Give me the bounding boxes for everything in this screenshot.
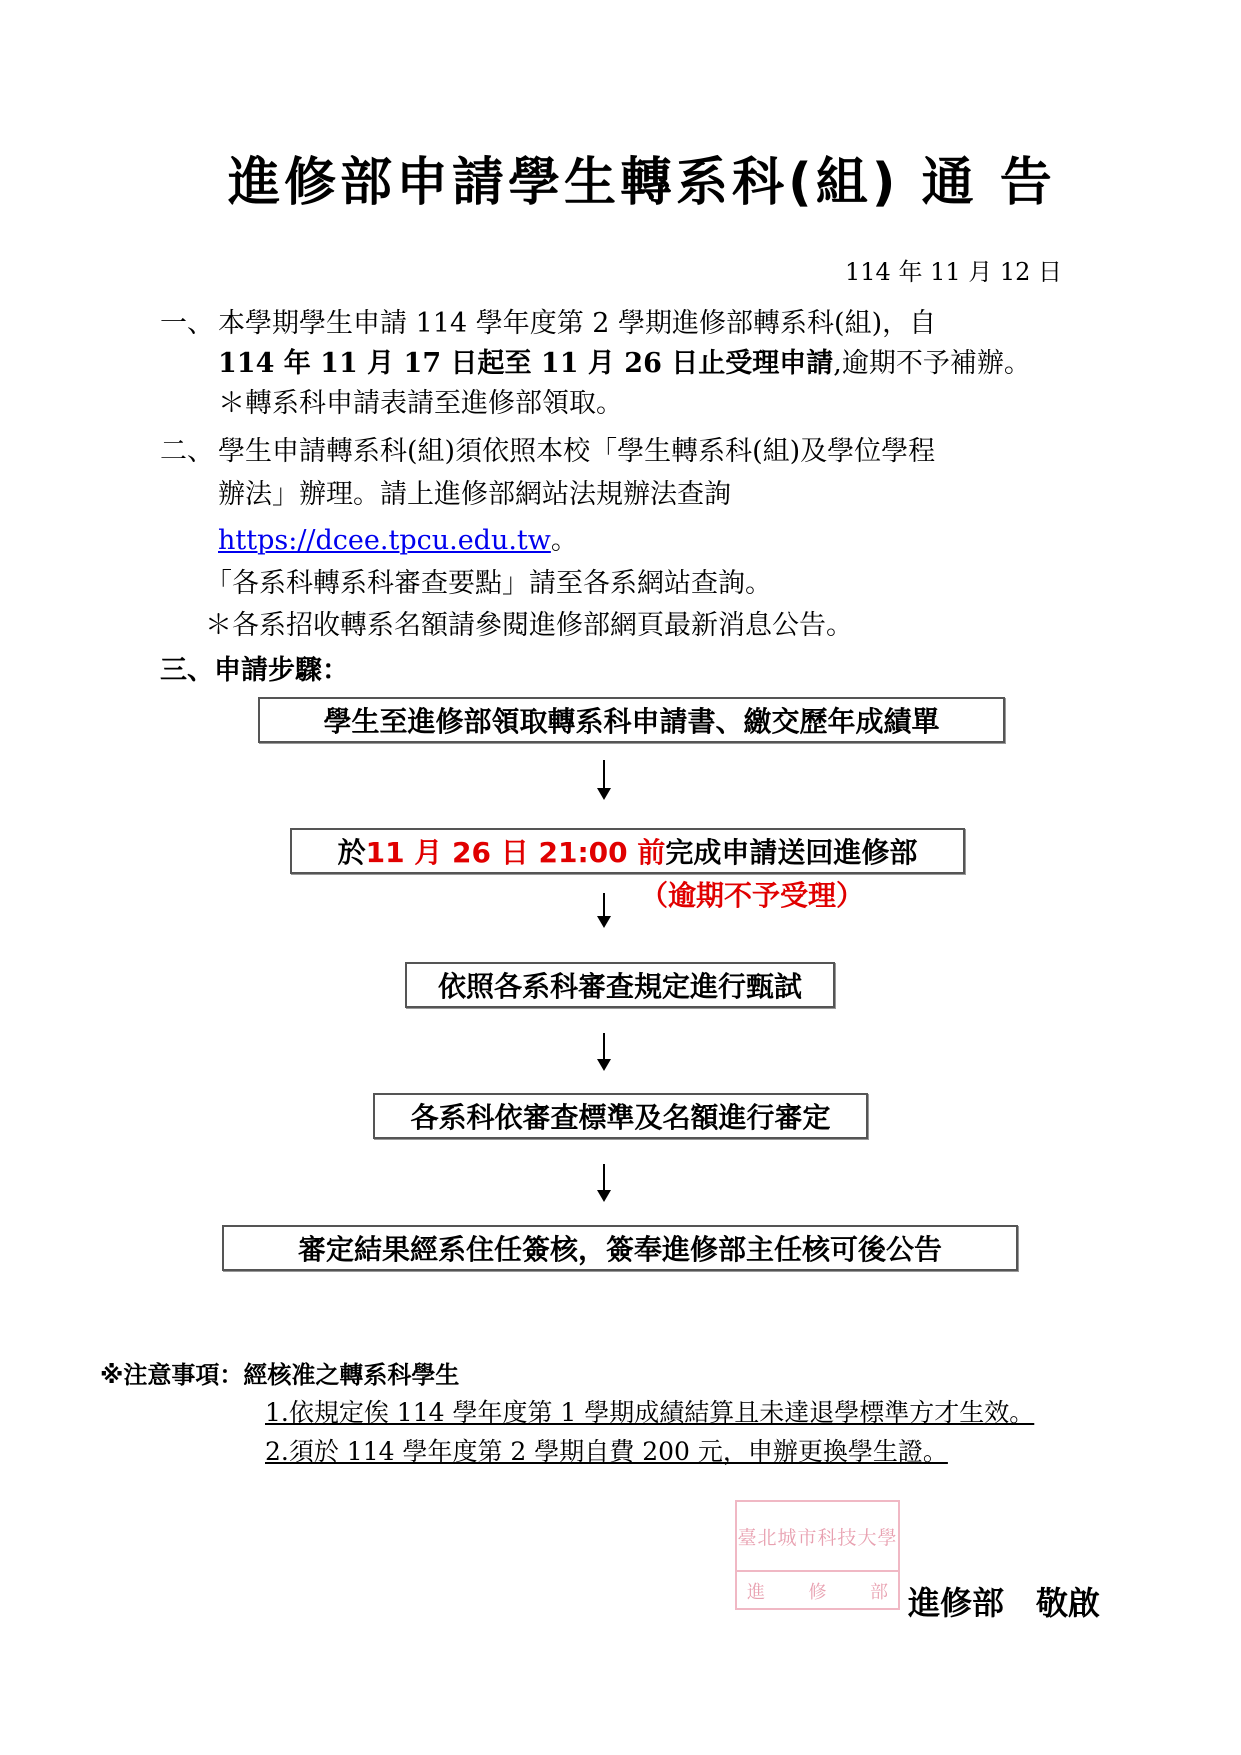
seal-char: 進 [747,1578,765,1604]
flow-step-1: 學生至進修部領取轉系科申請書、繳交歷年成績單 [258,697,1005,743]
section-1-line-1: 本學期學生申請 114 學年度第 2 學期進修部轉系科(組)，自 [218,305,936,343]
arrow-down-icon [603,1033,605,1061]
section-2-number: 二、 [160,433,214,471]
seal-char: 部 [870,1578,888,1604]
deadline-time: 11 月 26 日 21:00 前 [366,831,666,871]
section-2-line-2: 辦法」辦理。請上進修部網站法規辦法查詢 [218,476,731,514]
official-seal: 臺北城市科技大學 進 修 部 [735,1500,900,1610]
arrow-down-icon [603,1164,605,1192]
note-item-2: 2.須於 114 學年度第 2 學期自費 200 元，申辦更換學生證。 [265,1432,948,1468]
arrow-down-icon [603,893,605,918]
application-period: 114 年 11 月 17 日起至 11 月 26 日止受理申請 [218,348,833,379]
section-3-heading: 三、申請步驟： [160,652,349,690]
flow-step-3: 依照各系科審查規定進行甄試 [405,962,835,1008]
signature: 進修部 敬啟 [908,1578,1100,1624]
link-suffix: 。 [551,525,578,556]
section-2-line-4: 「各系科轉系科審查要點」請至各系網站查詢。 [205,565,772,603]
flow-step-4: 各系科依審查標準及名額進行審定 [373,1093,868,1139]
arrow-down-icon [603,760,605,790]
notice-date: 114 年 11 月 12 日 [845,252,1062,287]
flow-step-2-prefix: 於 [338,831,366,871]
note-item-1: 1.依規定俟 114 學年度第 1 學期成績結算且未達退學標準方才生效。 [265,1393,1034,1429]
section-2-line-1: 學生申請轉系科(組)須依照本校「學生轉系科(組)及學位學程 [218,433,935,471]
late-not-accepted-note: （逾期不予受理） [640,874,864,914]
section-1-line-3: ＊轉系科申請表請至進修部領取。 [218,385,623,423]
late-notice: ,逾期不予補辦。 [833,348,1031,379]
section-2-line-3: https://dcee.tpcu.edu.tw。 [218,522,578,560]
flow-step-2: 於 11 月 26 日 21:00 前完成申請送回進修部 [290,828,965,874]
section-1-line-2: 114 年 11 月 17 日起至 11 月 26 日止受理申請,逾期不予補辦。 [218,345,1031,383]
flow-step-5: 審定結果經系住任簽核，簽奉進修部主任核可後公告 [222,1225,1018,1271]
dcee-website-link[interactable]: https://dcee.tpcu.edu.tw [218,525,551,556]
flow-step-2-rest: 完成申請送回進修部 [665,831,917,871]
notes-heading: ※注意事項：經核准之轉系科學生 [100,1355,459,1390]
seal-char: 修 [809,1578,827,1604]
section-2-line-5: ＊各系招收轉系名額請參閱進修部網頁最新消息公告。 [205,607,853,645]
page-title: 進修部申請學生轉系科(組) 通 告 [228,140,1056,215]
seal-university-name: 臺北城市科技大學 [737,1502,898,1572]
section-1-number: 一、 [160,305,214,343]
